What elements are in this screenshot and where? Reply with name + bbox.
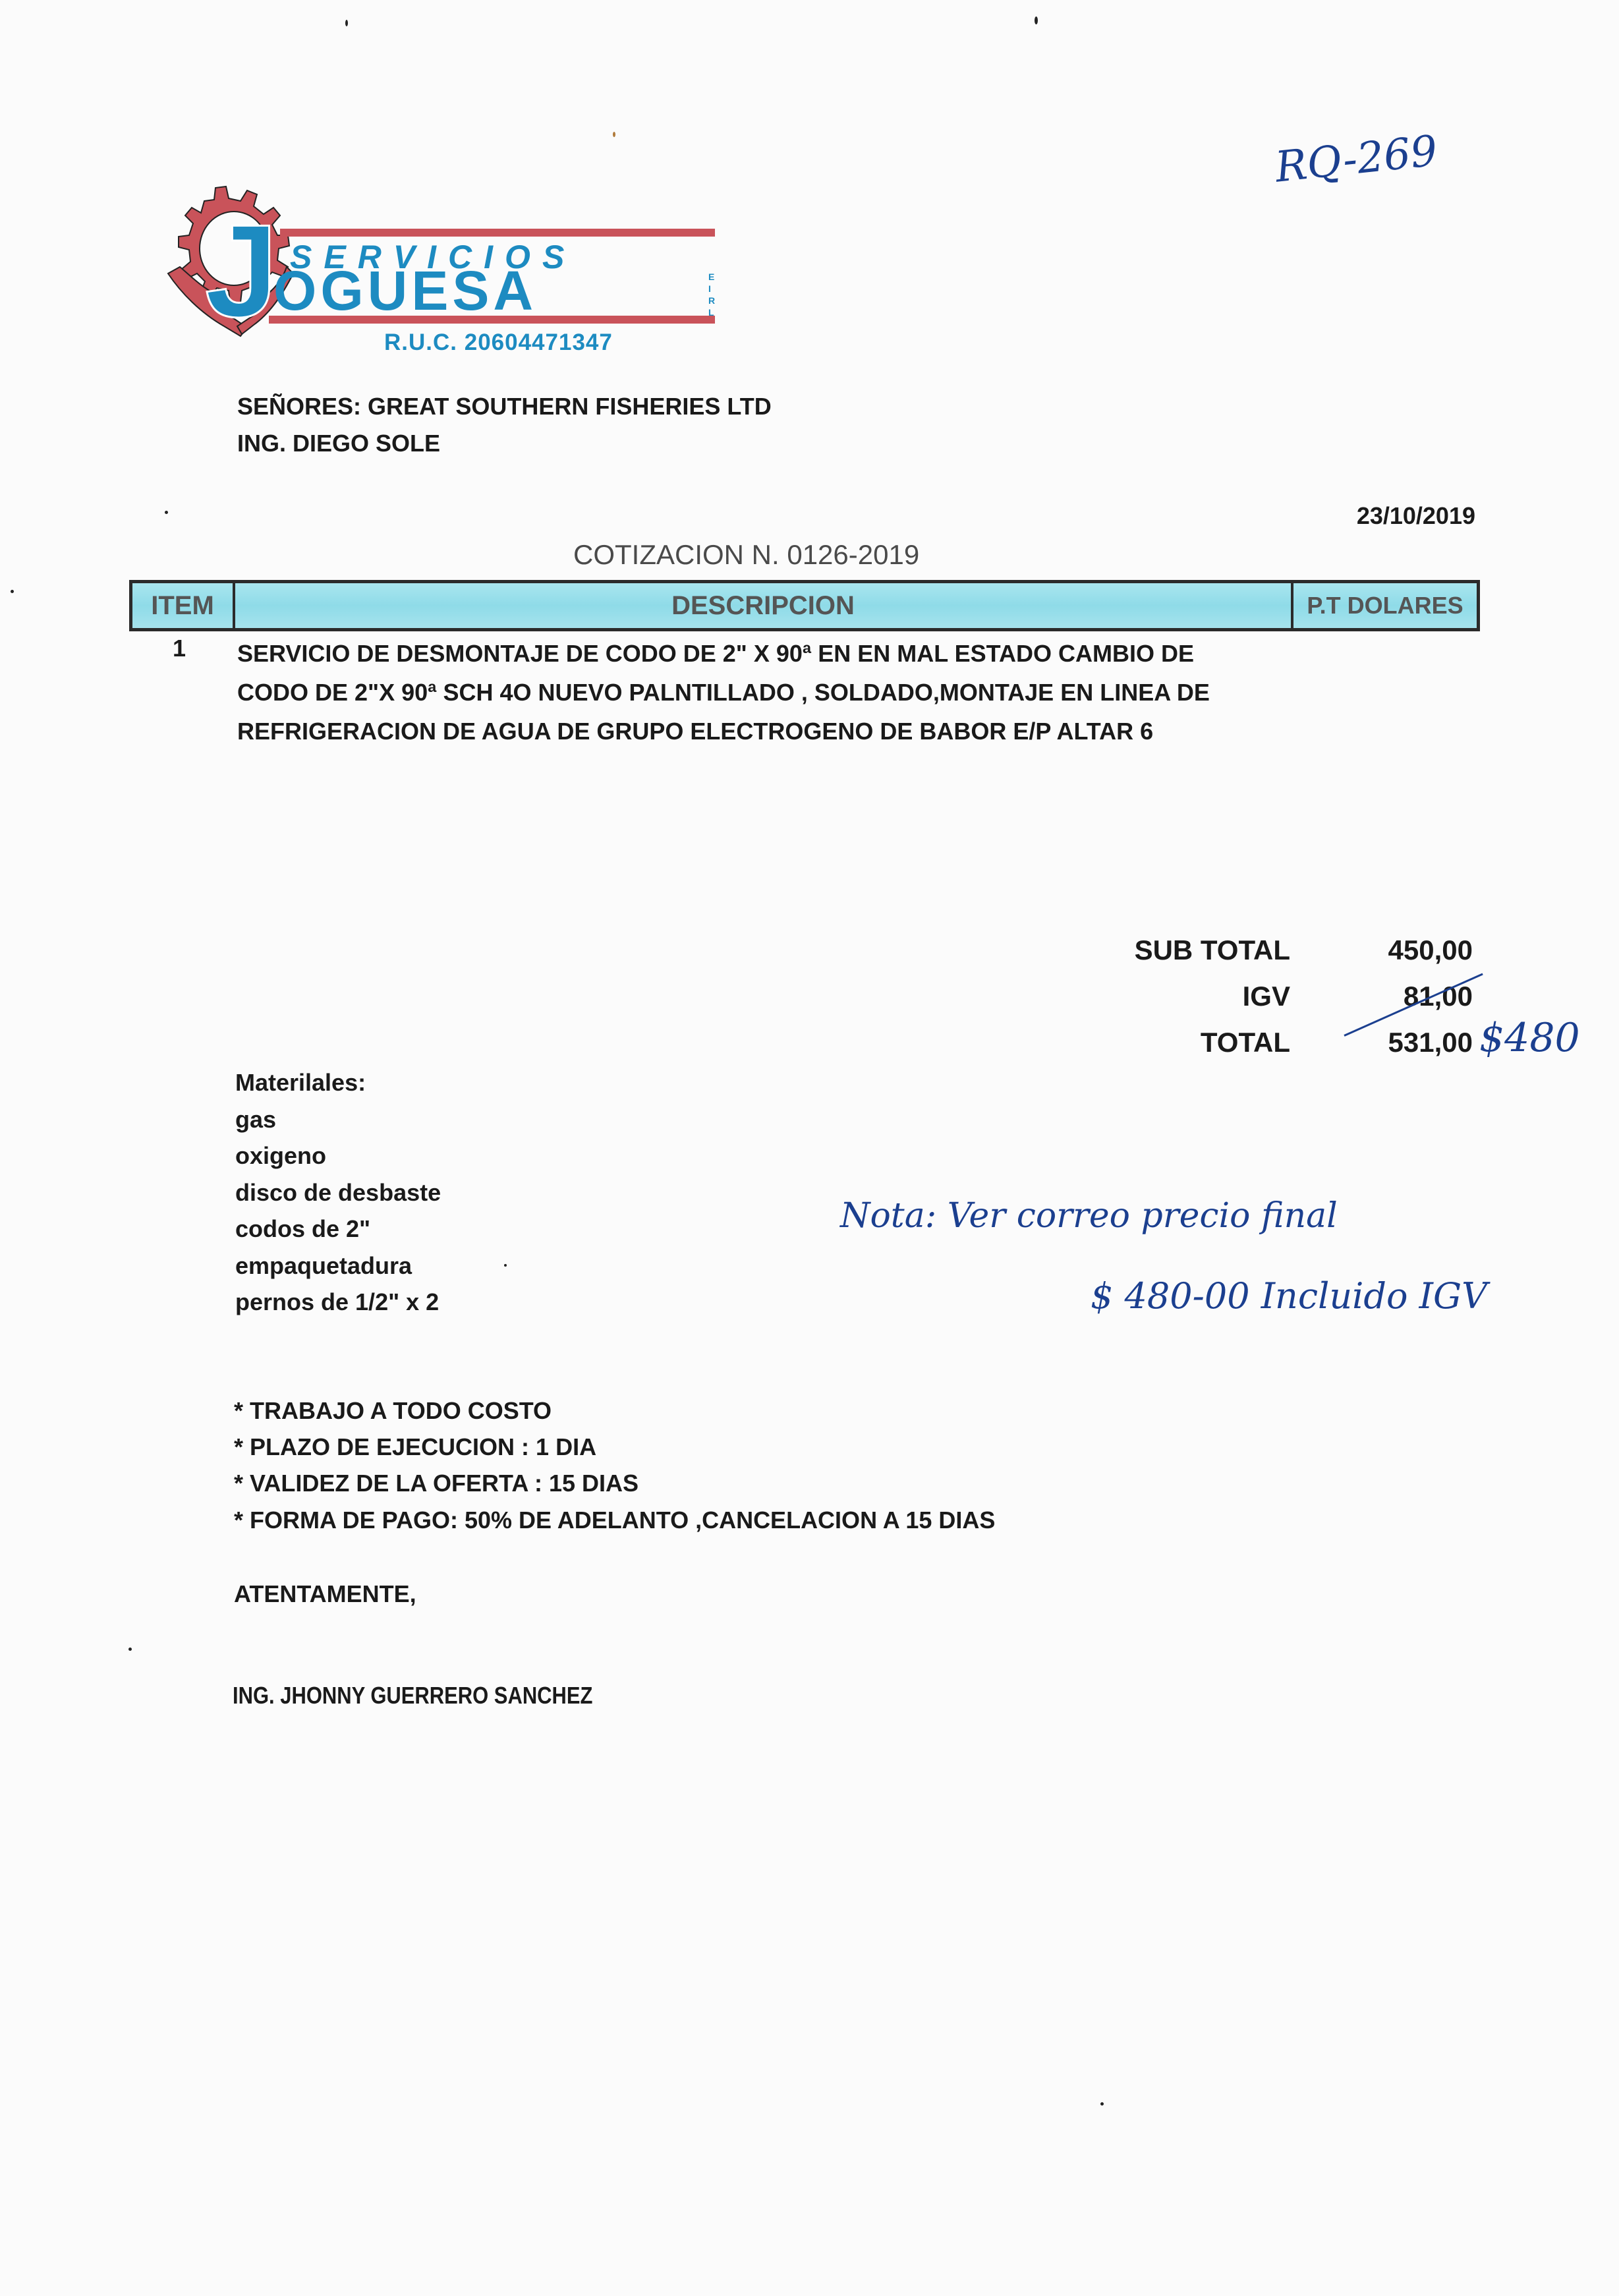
signatory-name: ING. JHONNY GUERRERO SANCHEZ — [233, 1682, 592, 1709]
condition-item: * PLAZO DE EJECUCION : 1 DIA — [234, 1433, 596, 1461]
description-line: CODO DE 2"X 90ª SCH 4O NUEVO PALNTILLADO… — [237, 673, 1305, 712]
quote-date: 23/10/2019 — [1357, 502, 1475, 530]
material-item: codos de 2" — [235, 1215, 370, 1243]
description-line: REFRIGERACION DE AGUA DE GRUPO ELECTROGE… — [237, 712, 1305, 751]
material-item: gas — [235, 1106, 276, 1134]
subtotal-value: 450,00 — [1275, 934, 1473, 966]
table-header: ITEM DESCRIPCION P.T DOLARES — [129, 580, 1480, 631]
igv-value: 81,00 — [1275, 981, 1473, 1012]
svg-text:L: L — [708, 307, 714, 318]
closing-text: ATENTAMENTE, — [234, 1580, 416, 1608]
svg-text:I: I — [708, 283, 711, 294]
scan-speck — [1100, 2102, 1104, 2106]
column-header-description: DESCRIPCION — [235, 583, 1291, 628]
scan-speck — [165, 511, 168, 514]
recipient-company: SEÑORES: GREAT SOUTHERN FISHERIES LTD — [237, 393, 772, 420]
scan-speck — [345, 20, 348, 26]
total-value: 531,00 — [1275, 1027, 1473, 1058]
svg-text:J: J — [205, 198, 278, 345]
handwritten-total: $480 — [1479, 1015, 1580, 1061]
scan-speck — [128, 1648, 132, 1651]
table-row-description: SERVICIO DE DESMONTAJE DE CODO DE 2" X 9… — [237, 634, 1305, 751]
materials-title: Materilales: — [235, 1069, 366, 1097]
column-header-price: P.T DOLARES — [1291, 583, 1477, 628]
handwritten-note-line1: Nota: Ver correo precio final — [840, 1196, 1338, 1236]
scan-speck — [504, 1264, 507, 1267]
condition-item: * TRABAJO A TODO COSTO — [234, 1397, 552, 1425]
company-ruc: R.U.C. 20604471347 — [384, 330, 613, 356]
svg-text:OGUESA: OGUESA — [273, 260, 537, 322]
material-item: disco de desbaste — [235, 1179, 441, 1207]
condition-item: * FORMA DE PAGO: 50% DE ADELANTO ,CANCEL… — [234, 1507, 995, 1534]
condition-item: * VALIDEZ DE LA OFERTA : 15 DIAS — [234, 1470, 639, 1497]
handwritten-note-line2: $ 480-00 Incluido IGV — [1091, 1275, 1487, 1317]
scan-speck — [1035, 16, 1038, 24]
svg-text:E: E — [708, 272, 714, 282]
material-item: empaquetadura — [235, 1252, 412, 1280]
recipient-attention: ING. DIEGO SOLE — [237, 430, 440, 457]
handwritten-reference: RQ-269 — [1273, 127, 1440, 192]
scan-speck — [11, 590, 14, 593]
svg-text:R: R — [708, 295, 715, 306]
scan-speck — [613, 132, 615, 137]
subtotal-label: SUB TOTAL — [1027, 934, 1290, 966]
material-item: pernos de 1/2" x 2 — [235, 1288, 439, 1316]
total-label: TOTAL — [1027, 1027, 1290, 1058]
igv-label: IGV — [1027, 981, 1290, 1012]
column-header-item: ITEM — [132, 583, 235, 628]
table-row-item-number: 1 — [173, 635, 186, 662]
description-line: SERVICIO DE DESMONTAJE DE CODO DE 2" X 9… — [237, 634, 1305, 673]
material-item: oxigeno — [235, 1142, 326, 1170]
quote-title: COTIZACION N. 0126-2019 — [573, 539, 919, 571]
